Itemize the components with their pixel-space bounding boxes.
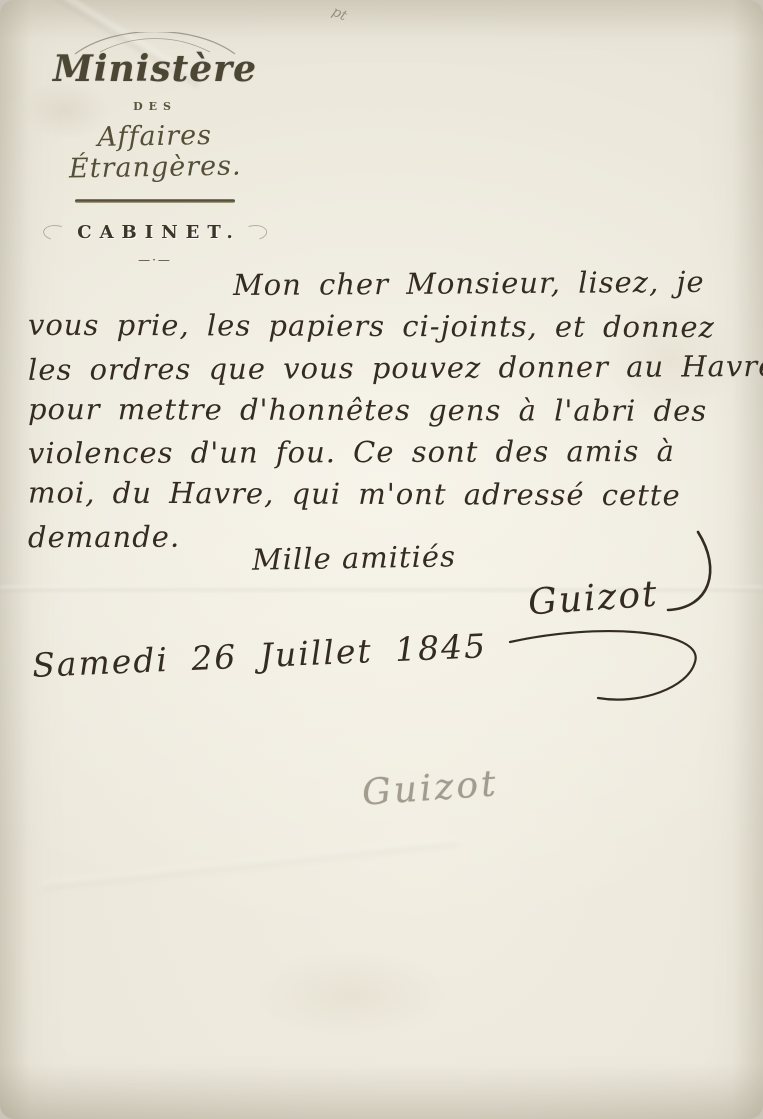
letter-closing: Mille amitiés (252, 539, 456, 577)
letter-line: les ordres que vous pouvez donner au Hav… (28, 345, 740, 391)
swash-left-icon (40, 221, 63, 243)
letter-body: Mon cher Monsieur, lisez, je vous prie, … (28, 263, 740, 557)
letterhead-flourish-icon (55, 32, 255, 58)
letterhead-des: DES (40, 100, 270, 113)
dateline-block: Samedi 26 Juillet 1845 (32, 636, 487, 675)
letter-page: pt Ministère DES Affaires Étrangères. CA… (0, 0, 763, 1119)
letter-line: Mon cher Monsieur, lisez, je (28, 261, 740, 308)
letterhead-rule (75, 199, 235, 203)
letter-line: vous prie, les papiers ci-joints, et don… (28, 304, 740, 348)
pencil-corner-mark: pt (329, 4, 349, 25)
paper-stain (250, 950, 450, 1040)
pencil-annotation-guizot: Guizot (361, 763, 500, 813)
letterhead: Ministère DES Affaires Étrangères. CABIN… (40, 38, 270, 267)
letter-line: moi, du Havre, qui m'ont adressé cette (28, 471, 740, 516)
letter-line: pour mettre d'honnêtes gens à l'abri des (28, 388, 740, 432)
dateline-text: Samedi 26 Juillet 1845 (31, 626, 487, 685)
letterhead-cabinet: CABINET. (69, 222, 240, 243)
swash-right-icon (247, 221, 270, 243)
signature-block: Guizot (490, 530, 725, 715)
letterhead-affaires-etrangeres: Affaires Étrangères. (39, 119, 270, 185)
signature-flourish-icon (490, 530, 725, 715)
paper-crease (41, 838, 460, 890)
letter-line: violences d'un fou. Ce sont des amis à (28, 430, 740, 474)
